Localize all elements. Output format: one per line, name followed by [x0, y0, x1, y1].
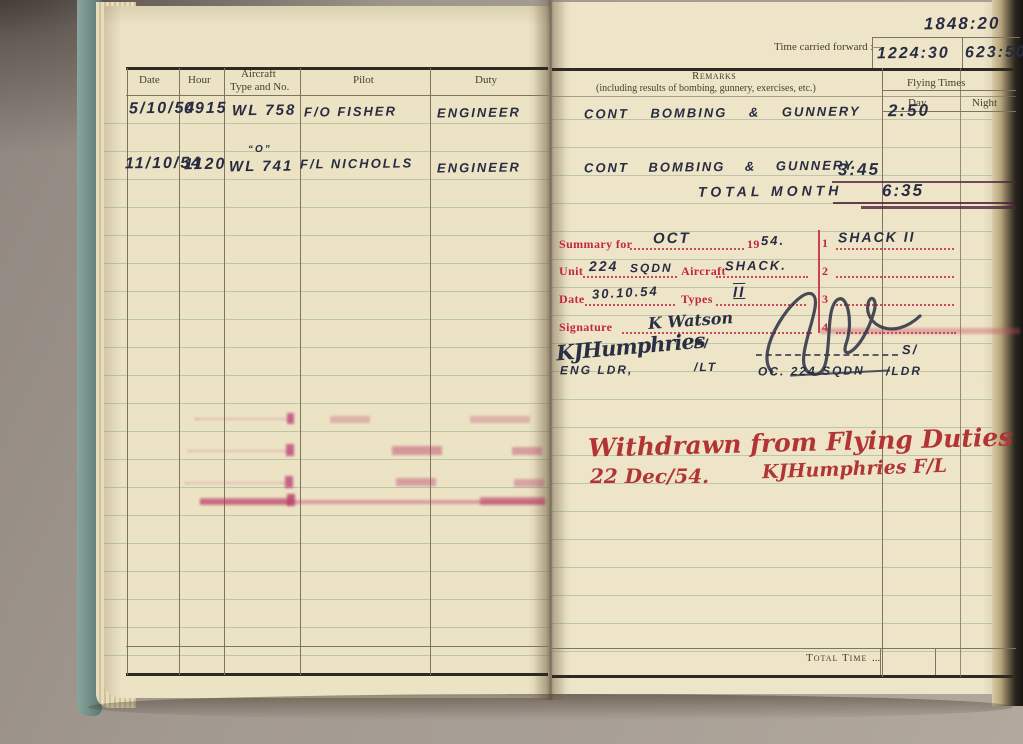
- header-night: Night: [972, 97, 997, 109]
- total-month-value: 6:35: [882, 181, 924, 201]
- ink-transfer-mark: [514, 479, 544, 487]
- ink-transfer-mark: [185, 482, 285, 484]
- stamp-aircraft-value: SHACK.: [725, 258, 787, 274]
- ink-transfer-mark: [188, 450, 288, 452]
- total-time-dots: ...: [872, 652, 880, 664]
- carried-box-left-line: [872, 37, 873, 68]
- officer-title: ENG LDR,: [560, 363, 633, 378]
- table-bottom-border-right: [552, 675, 1016, 678]
- header-hour: Hour: [188, 74, 211, 86]
- entry-hour: 0915: [184, 100, 228, 118]
- entry-day-time: 3:45: [838, 160, 880, 180]
- stamp-signature-label: Signature: [559, 320, 612, 335]
- header-bottom-line-left: [126, 95, 548, 96]
- entry-pilot: F/L NICHOLLS: [300, 155, 413, 171]
- carried-box-top-line: [872, 37, 1020, 38]
- entry-remarks: CONT BOMBING & GUNNERY: [584, 158, 855, 176]
- stamp-item-number: 2: [822, 264, 828, 279]
- entry-aircraft: WL 741: [229, 158, 293, 176]
- stamp-unit-suffix: SQDN: [630, 261, 673, 275]
- ink-transfer-mark: [470, 416, 530, 423]
- ink-transfer-mark: [396, 478, 436, 486]
- header-pilot: Pilot: [353, 74, 374, 86]
- header-aircraft-line1: Aircraft: [241, 68, 276, 80]
- stamp-dotted-line: [583, 276, 677, 278]
- entry-hour: 1120: [184, 156, 227, 174]
- flying-times-underline: [882, 90, 1016, 91]
- header-bottom-line-right: [552, 96, 1016, 97]
- stamp-item-number: 1: [822, 236, 828, 251]
- withdrawal-date: 22 Dec/54.: [590, 464, 709, 488]
- book-shadow: [88, 694, 1013, 720]
- time-carried-forward-label: Time carried forward :—: [774, 41, 884, 53]
- scanner-background: Time carried forward :— 1848:20 1224:30 …: [0, 0, 1023, 744]
- stamp-month-value: OCT: [653, 230, 691, 247]
- ink-transfer-mark: [392, 446, 442, 455]
- officer-rank-top: F/: [694, 336, 710, 351]
- footer-column-line: [935, 648, 936, 675]
- table-top-border-left: [126, 67, 548, 70]
- ink-transfer-mark: [287, 494, 295, 506]
- table-top-border-right: [552, 68, 1016, 71]
- stamp-item-value: SHACK II: [838, 229, 916, 246]
- stamp-date-label: Date: [559, 292, 585, 307]
- ink-underline: [832, 181, 1016, 183]
- ink-transfer-mark: [286, 444, 294, 456]
- header-flying-times: Flying Times: [907, 77, 965, 89]
- stamp-types-label: Types: [681, 292, 713, 307]
- stamp-dotted-line: [836, 248, 954, 250]
- ink-transfer-mark: [330, 416, 370, 423]
- ink-underline: [861, 206, 1016, 209]
- header-remarks-sub: (including results of bombing, gunnery, …: [596, 83, 816, 94]
- stamp-unit-value: 224: [589, 258, 619, 274]
- officer-rank-bottom: /LT: [694, 360, 717, 374]
- ink-transfer-mark: [200, 498, 290, 505]
- column-line-pilot-duty: [430, 68, 431, 675]
- ink-transfer-mark: [480, 497, 545, 505]
- stamp-dotted-line: [716, 276, 808, 278]
- grand-total-value: 1848:20: [924, 14, 1001, 35]
- stamp-dotted-line: [630, 248, 744, 250]
- stamp-unit-label: Unit: [559, 264, 583, 279]
- table-bottom-border-left: [126, 673, 548, 676]
- table-footer-thin-left: [126, 646, 548, 647]
- stamp-year-printed: 19: [747, 237, 760, 252]
- total-month-label: TOTAL MONTH: [698, 182, 842, 200]
- co-rank-bottom: /LDR: [886, 364, 922, 378]
- header-remarks: Remarks: [692, 70, 736, 82]
- ink-transfer-mark: [512, 447, 542, 455]
- carried-box-divider-line: [962, 37, 963, 68]
- carried-day-value: 1224:30: [877, 45, 950, 64]
- ink-transfer-mark: [287, 413, 294, 424]
- stamp-dotted-line: [836, 276, 954, 278]
- ruled-lines-left: [104, 96, 550, 664]
- ink-underline: [833, 202, 1014, 204]
- ink-transfer-mark: [195, 418, 291, 420]
- dashed-rule: [756, 354, 898, 356]
- stamp-dotted-line: [585, 304, 675, 306]
- column-line-day-night: [960, 68, 961, 677]
- header-date: Date: [139, 74, 160, 86]
- entry-remarks: CONT BOMBING & GUNNERY: [584, 104, 861, 122]
- entry-aircraft: WL 758: [232, 102, 296, 120]
- co-rank-top: S/: [902, 342, 918, 357]
- stamp-summary-for-label: Summary for: [559, 237, 632, 252]
- total-time-label: Total Time: [806, 652, 867, 664]
- stamp-year-written: 54.: [761, 233, 785, 248]
- header-aircraft-line2: Type and No.: [230, 81, 289, 93]
- ink-transfer-mark: [285, 476, 293, 488]
- entry-duty: ENGINEER: [437, 105, 521, 121]
- carried-night-value: 623:50: [965, 44, 1023, 63]
- header-duty: Duty: [475, 74, 497, 86]
- entry-duty: ENGINEER: [437, 160, 521, 176]
- footer-column-line: [880, 648, 881, 675]
- entry-day-time: 2:50: [888, 101, 930, 121]
- table-footer-thin-right: [552, 648, 1016, 649]
- entry-pilot: F/O FISHER: [304, 104, 397, 120]
- entry-aircraft-letter: “O”: [248, 144, 272, 155]
